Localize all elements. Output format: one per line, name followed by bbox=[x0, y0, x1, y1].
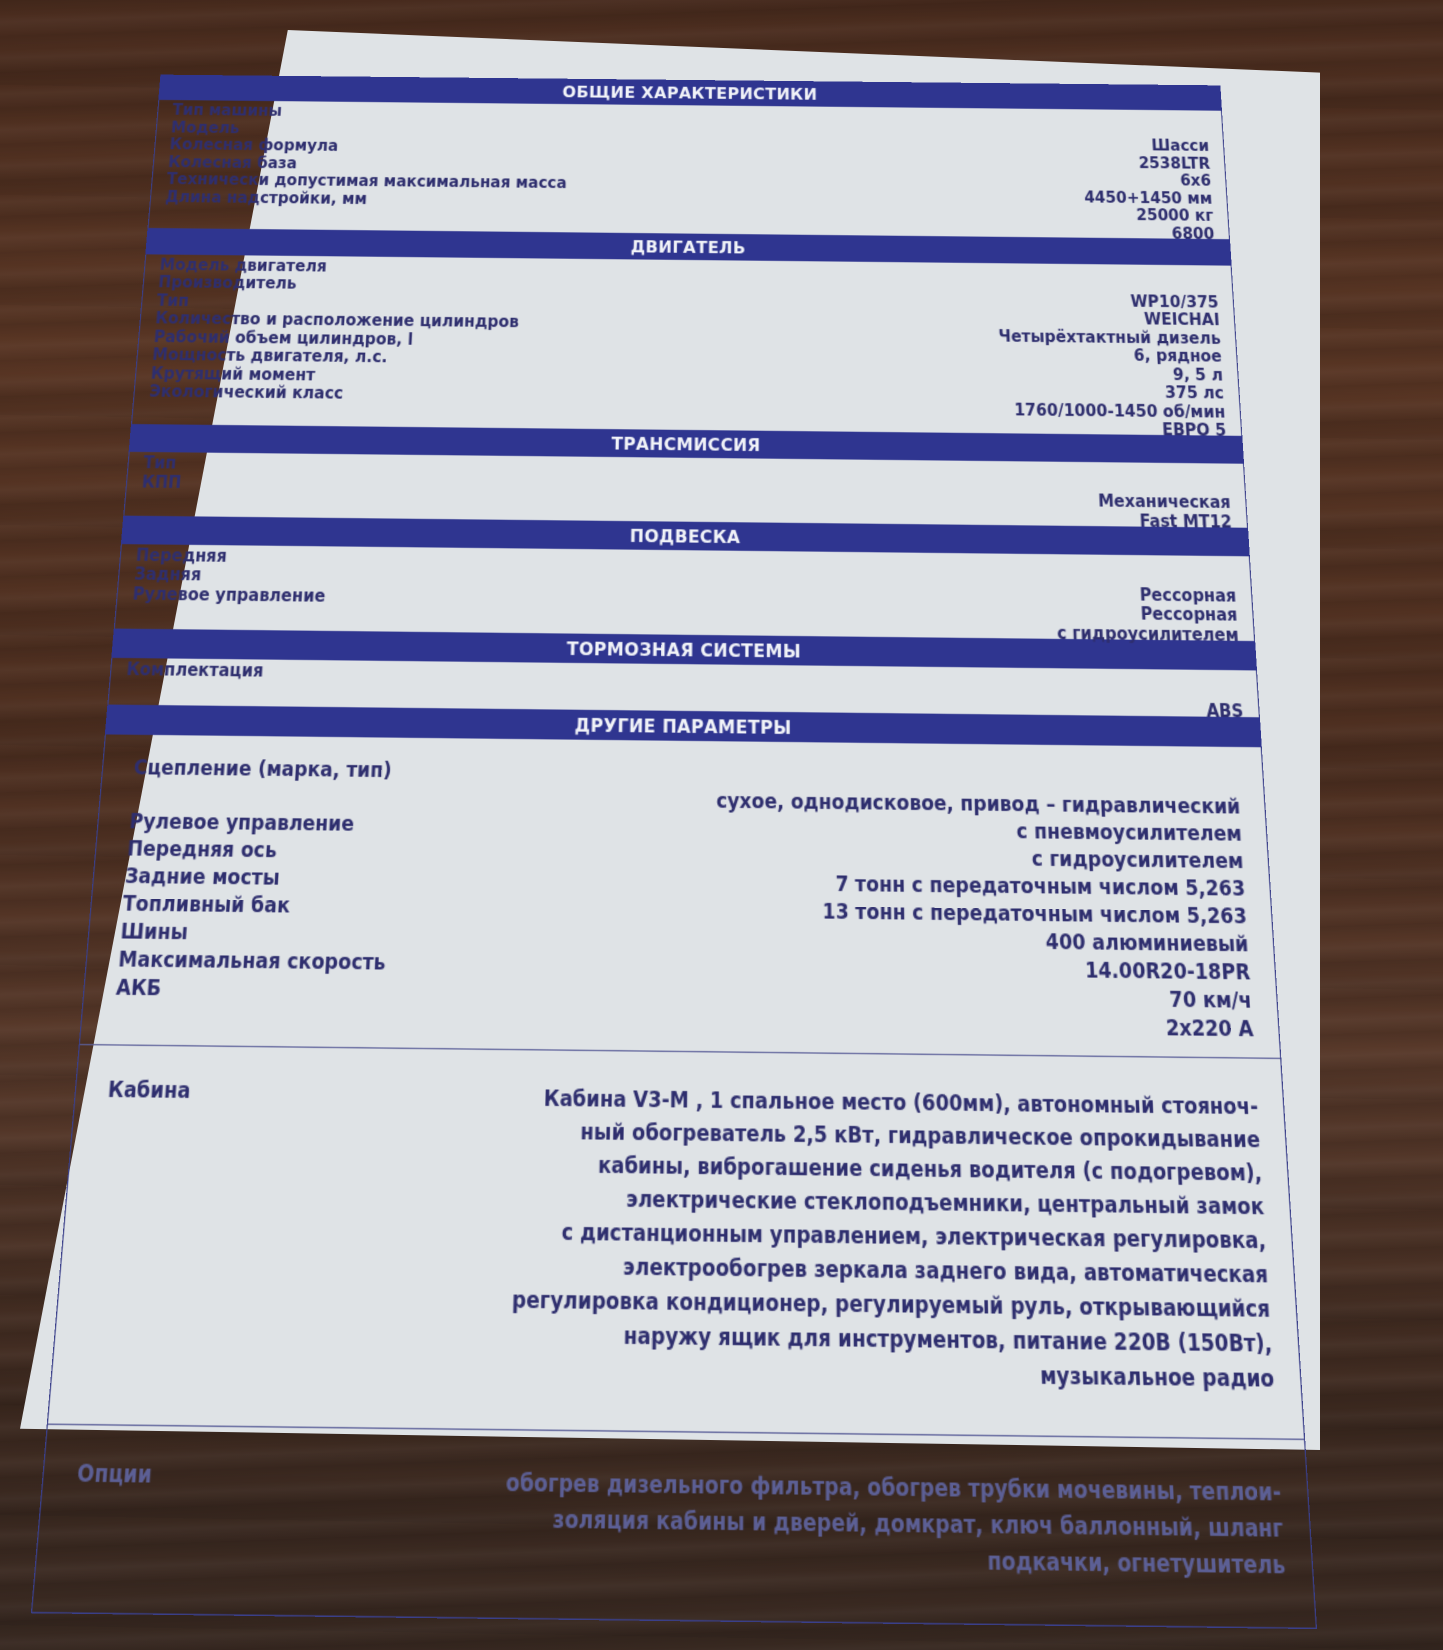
spec-value: 4450+1450 мм bbox=[1084, 189, 1213, 208]
spec-value: ЕВРО 5 bbox=[1001, 419, 1227, 440]
other-label: Рулевое управление bbox=[128, 809, 392, 839]
other-parameters-block: Сцепление (марка, тип) Рулевое управлени… bbox=[31, 734, 1317, 1629]
spec-section: ПередняяЗадняяРулевое управлениеРессорна… bbox=[114, 544, 1255, 641]
spec-value: Рессорная bbox=[1055, 585, 1237, 606]
spec-labels: ТипКПП bbox=[141, 454, 1231, 503]
cabin-label: Кабина bbox=[85, 1077, 192, 1383]
spec-value: Шасси bbox=[1082, 137, 1210, 156]
spec-values: Шасси2538LTR6x64450+1450 мм25000 кг6800 bbox=[1082, 137, 1215, 243]
options-description: обогрев дизельного фильтра, обогрев труб… bbox=[465, 1465, 1286, 1584]
spec-section: Модель двигателяПроизводительТипКоличест… bbox=[131, 254, 1242, 436]
spec-value: Четырёхтактный дизель bbox=[998, 328, 1221, 349]
cabin-description: Кабина V3-M , 1 спальное место (600мм), … bbox=[472, 1082, 1276, 1397]
spec-value: 6, рядное bbox=[999, 346, 1223, 367]
spec-section: Тип машиныМодельКолесная формулаКолесная… bbox=[148, 100, 1230, 239]
options-block: Опции обогрев дизельного фильтра, обогре… bbox=[32, 1423, 1315, 1627]
spec-value: 25000 кг bbox=[1085, 206, 1214, 225]
spec-values: WP10/375WEICHAIЧетырёхтактный дизель6, р… bbox=[997, 291, 1227, 440]
other-label: Максимальная скорость bbox=[117, 946, 386, 977]
other-labels: Сцепление (марка, тип) Рулевое управлени… bbox=[113, 755, 396, 1034]
other-label: Топливный бак bbox=[122, 891, 389, 922]
options-label: Опции bbox=[70, 1460, 153, 1570]
spec-value: 6800 bbox=[1085, 224, 1214, 243]
spec-value: 6x6 bbox=[1083, 171, 1212, 190]
other-values: сухое, однодисковое, привод – гидравличе… bbox=[715, 762, 1255, 1045]
spec-value: Fast MT12 bbox=[1099, 511, 1233, 532]
cabin-block: Кабина Кабина V3-M , 1 спальное место (6… bbox=[48, 1043, 1304, 1438]
spec-value: Механическая bbox=[1098, 492, 1231, 512]
other-label: Передняя ось bbox=[126, 836, 391, 866]
other-label: Задние мосты bbox=[124, 863, 390, 894]
spec-value: 1760/1000-1450 об/мин bbox=[1000, 401, 1225, 422]
other-value: 2x220 А bbox=[715, 1010, 1255, 1045]
spec-value: WP10/375 bbox=[997, 291, 1219, 311]
spec-values: МеханическаяFast MT12 bbox=[1098, 492, 1233, 532]
spec-values: РессорнаяРессорнаяс гидроусилителем bbox=[1055, 585, 1239, 646]
spec-sections: ОБЩИЕ ХАРАКТЕРИСТИКИТип машиныМодельКоле… bbox=[107, 75, 1259, 717]
spec-value: с гидроусилителем bbox=[1057, 624, 1240, 646]
spec-value: ABS bbox=[1206, 701, 1244, 721]
spec-labels: Тип машиныМодельКолесная формулаКолесная… bbox=[165, 102, 1214, 217]
spec-sheet: ОБЩИЕ ХАРАКТЕРИСТИКИТип машиныМодельКоле… bbox=[31, 75, 1317, 1629]
other-label: Шины bbox=[119, 918, 387, 949]
other-label bbox=[131, 782, 395, 812]
other-label: Сцепление (марка, тип) bbox=[133, 755, 396, 785]
spec-value: 9, 5 л bbox=[999, 364, 1223, 385]
spec-values: ABS bbox=[1206, 701, 1244, 721]
spec-value: 2538LTR bbox=[1082, 154, 1210, 173]
other-label: АКБ bbox=[115, 974, 385, 1005]
spec-section: ТипКППМеханическаяFast MT12 bbox=[123, 452, 1248, 527]
